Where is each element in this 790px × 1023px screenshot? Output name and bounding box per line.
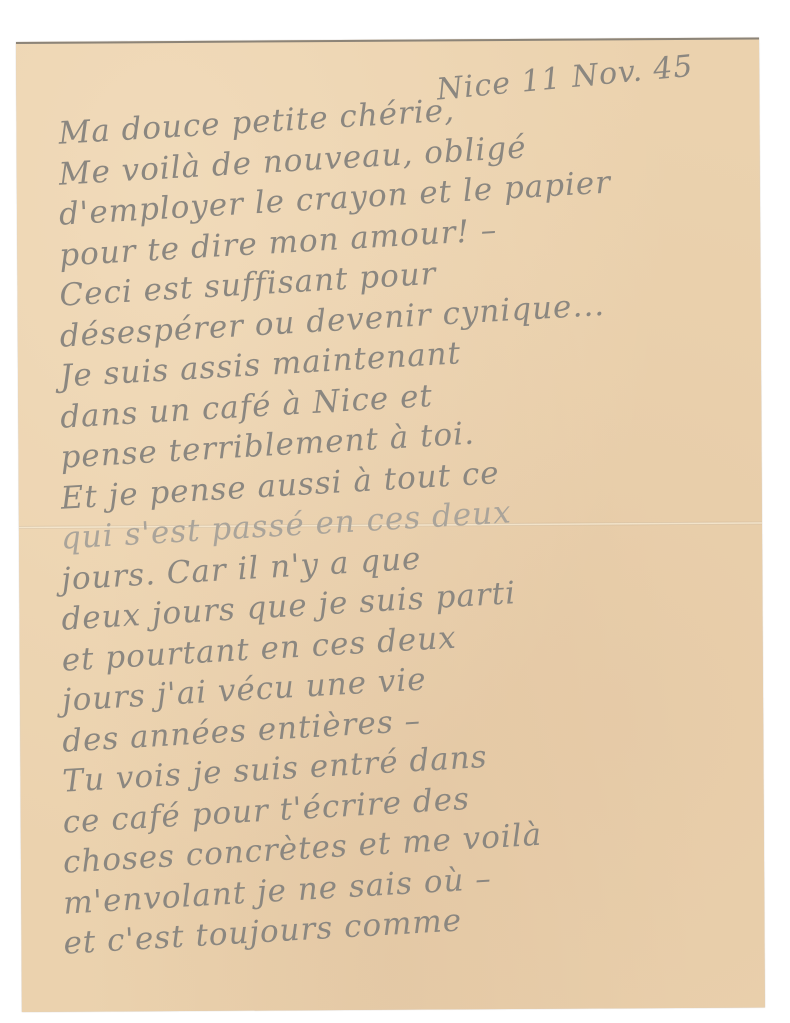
letter-scan: Nice 11 Nov. 45 Ma douce petite chérie, … bbox=[0, 0, 790, 1023]
letter-paper: Nice 11 Nov. 45 Ma douce petite chérie, … bbox=[16, 37, 765, 1012]
letter-body: Ma douce petite chérie, Me voilà de nouv… bbox=[58, 110, 753, 965]
